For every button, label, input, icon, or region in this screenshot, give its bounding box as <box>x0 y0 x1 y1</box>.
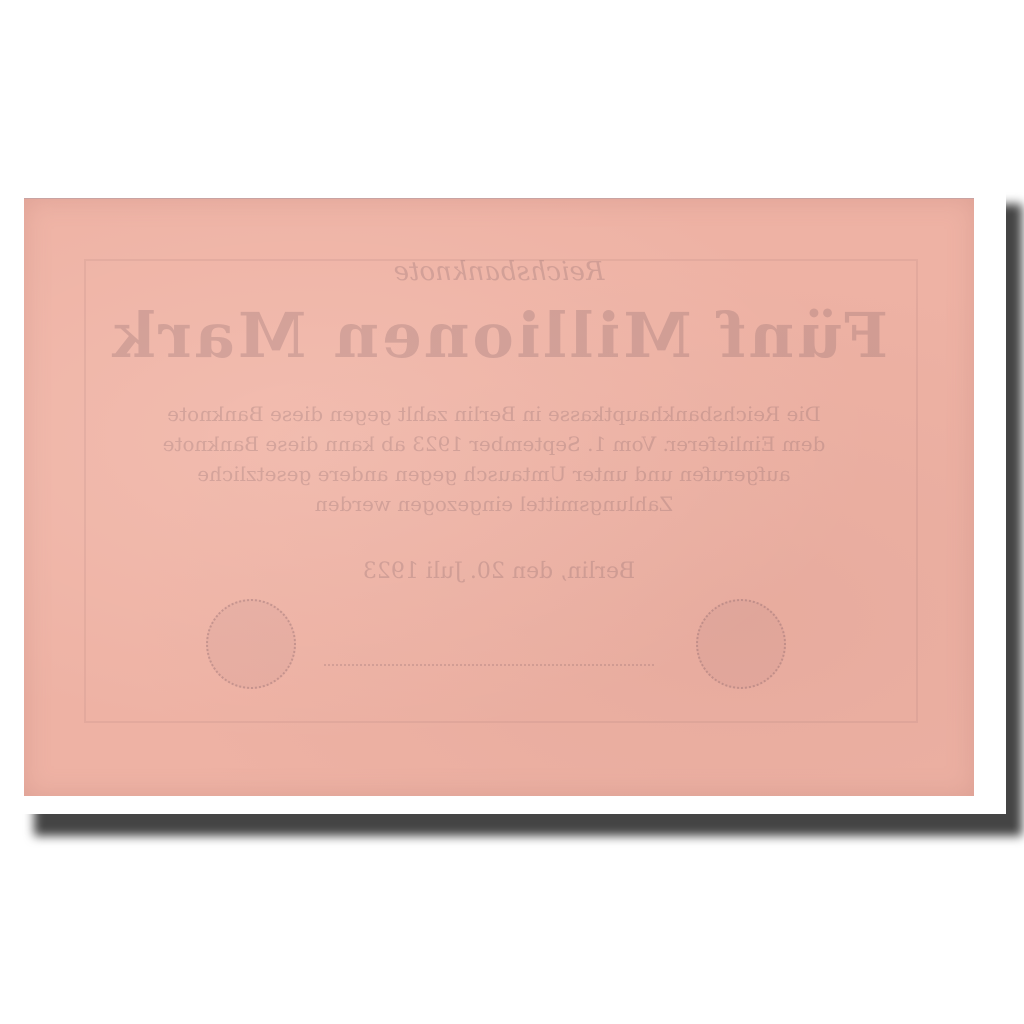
banknote-reverse: Reichsbanknote Fünf Millionen Mark Die R… <box>24 198 974 796</box>
show-through-denomination: Fünf Millionen Mark <box>24 299 974 372</box>
show-through-body-text: Die Reichsbankhauptkasse in Berlin zahlt… <box>144 399 844 519</box>
show-through-issuer: Reichsbanknote <box>24 257 974 287</box>
signature-area <box>324 624 654 666</box>
seal-icon <box>206 599 296 689</box>
seal-icon <box>696 599 786 689</box>
show-through-place-date: Berlin, den 20. Juli 1923 <box>24 559 974 584</box>
